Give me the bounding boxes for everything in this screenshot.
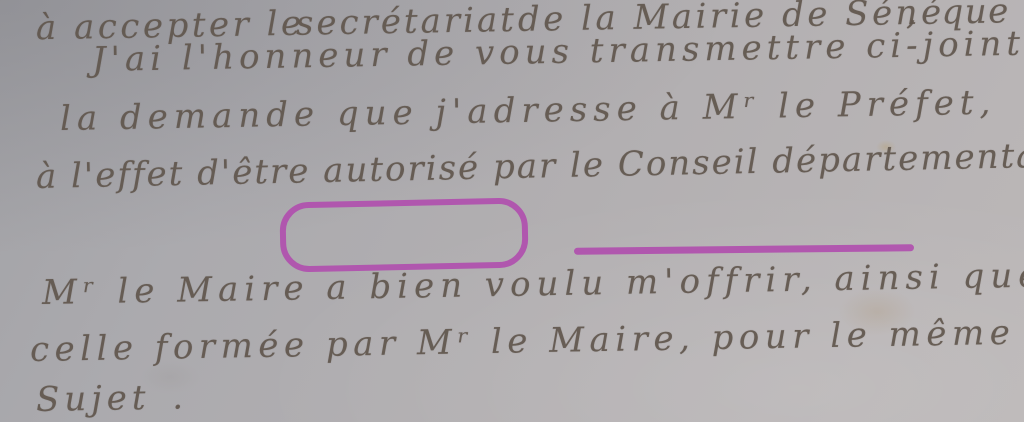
magenta-ellipse-annotation	[279, 197, 528, 272]
handwritten-line-2: la demande que j'adresse à Mʳ le Préfet,	[60, 84, 929, 139]
handwritten-line-3: à l'effet d'être autorisé par le Conseil…	[36, 137, 1012, 197]
line-4-circled-word: secrétariat	[296, 0, 503, 44]
handwritten-line-7: Sujet .	[36, 377, 189, 420]
line-4-text-before: à accepter le	[36, 4, 287, 48]
magenta-underline-annotation	[574, 244, 914, 255]
line-4-underlined-phrase: de la Mairie de Séné	[518, 0, 905, 40]
handwritten-line-5: Mʳ le Maire a bien voulu m'offrir, ainsi…	[42, 256, 993, 313]
handwritten-line-6: celle formée par Mʳ le Maire, pour le mê…	[30, 314, 933, 370]
line-4-text-after: , que	[906, 0, 1011, 33]
manuscript-photo: J'ai l'honneur de vous transmettre ci-jo…	[0, 0, 1024, 422]
